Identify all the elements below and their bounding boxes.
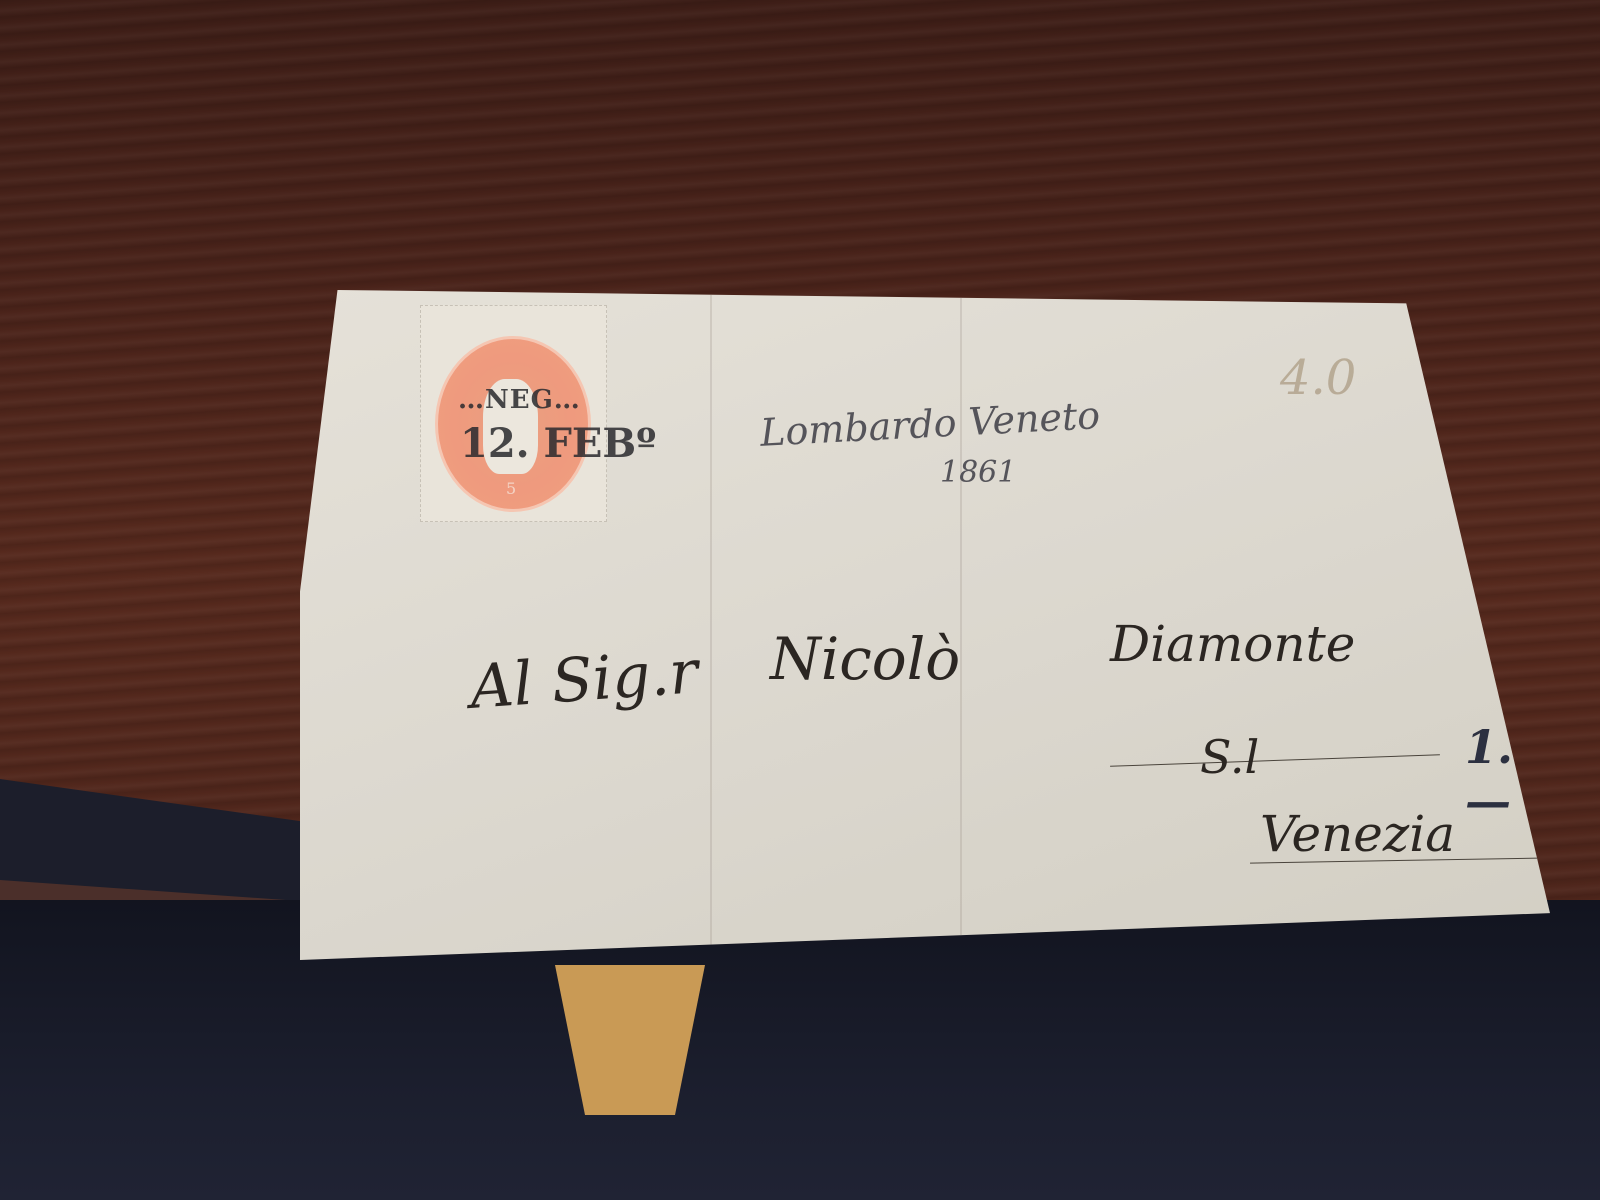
- pencil-annotation-title: Lombardo Veneto: [759, 393, 1101, 455]
- address-city: Venezia: [1260, 805, 1455, 863]
- address-first-name: Nicolò: [770, 625, 960, 693]
- paper-fold: [710, 290, 712, 960]
- address-line-2: S.l: [1200, 730, 1259, 784]
- faint-numeral: 4.0: [1280, 350, 1356, 406]
- postmark-town: …NEG…: [458, 385, 581, 415]
- paper-fold: [960, 290, 962, 960]
- address-salutation: Al Sig.r: [468, 637, 700, 723]
- pencil-annotation-year: 1861: [940, 455, 1016, 490]
- stamp-value: 5: [506, 479, 516, 498]
- underline: [1110, 754, 1440, 767]
- dark-cloth-background: [0, 900, 1600, 1200]
- letter-entire: 5 …NEG… 12. FEBº Lombardo Veneto 1861 4.…: [300, 290, 1550, 960]
- postmark-date: 12. FEBº: [460, 420, 656, 467]
- address-surname: Diamonte: [1110, 615, 1355, 673]
